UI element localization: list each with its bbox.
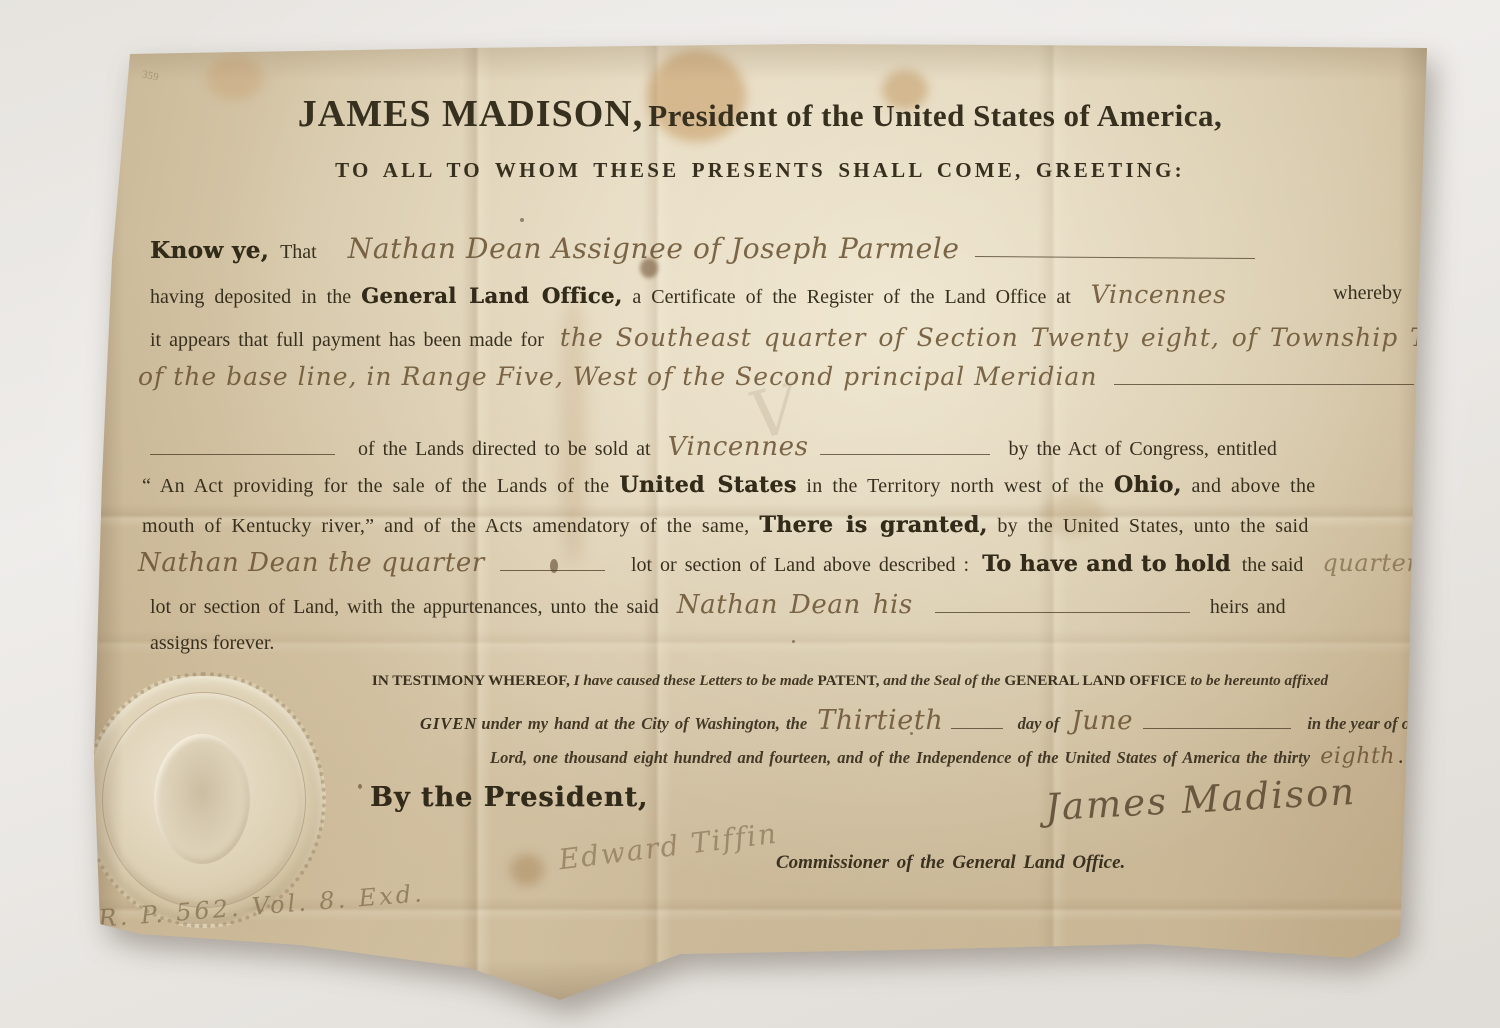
handwritten-grantee-name: Nathan Dean his [677, 590, 913, 620]
year-line: Lord, one thousand eight hundred and fou… [490, 744, 1403, 769]
printed-text: IN TESTIMONY WHEREOF, [372, 672, 570, 689]
parchment-document-wrap: 359 JAMES MADISON, President of the Unit… [90, 42, 1432, 1008]
grant-line-4: of the base line, in Range Five, West of… [138, 362, 1414, 391]
title-president-name: JAMES MADISON, [298, 93, 643, 135]
printed-text: Lord, one thousand eight hundred and fou… [490, 748, 1310, 767]
habendum-line-2: lot or section of Land, with the appurte… [150, 590, 1286, 620]
printed-text: That [280, 241, 317, 263]
stain [510, 854, 544, 886]
ruled-blank-line [1114, 373, 1414, 385]
title-office: President of the United States of Americ… [648, 98, 1222, 133]
handwritten-land-office: Vincennes [1091, 280, 1227, 309]
handwritten-day: Thirtieth [817, 705, 943, 736]
corner-mark: 359 [141, 68, 160, 83]
printed-text: day of [1018, 714, 1060, 733]
parchment-document: 359 JAMES MADISON, President of the Unit… [90, 42, 1432, 1008]
ruled-blank-line [951, 719, 1003, 729]
handwritten-month: June [1071, 706, 1133, 736]
united-states-blackletter: United States [619, 472, 796, 498]
stain [520, 218, 524, 222]
ruled-blank-line [1143, 719, 1291, 729]
ruled-blank-line [500, 559, 605, 571]
general-land-office-text: General Land Office, [361, 283, 622, 308]
printed-text: “ An Act providing for the sale of the L… [142, 475, 609, 497]
handwritten-grantee-name: Nathan Dean the quarter [138, 548, 485, 578]
grant-line-1: Know ye, That Nathan Dean Assignee of Jo… [150, 232, 1255, 265]
printed-text: GIVEN [420, 714, 477, 733]
handwritten-year-word: eighth [1320, 744, 1395, 769]
ruled-blank-line [150, 443, 335, 455]
printed-text: and above the [1191, 475, 1315, 497]
printed-text: of the Lands directed to be sold at [358, 438, 651, 460]
habendum-line-3: assigns forever. [150, 632, 274, 655]
printed-text: mouth of Kentucky river,” and of the Act… [142, 515, 749, 537]
ruled-blank-line [820, 443, 990, 455]
handwritten-tract-description: of the base line, in Range Five, West of… [138, 362, 1097, 391]
ohio-blackletter: Ohio, [1114, 472, 1182, 498]
act-line-2: mouth of Kentucky river,” and of the Act… [142, 512, 1400, 538]
seal-eagle-motif [154, 734, 250, 864]
handwritten-quarter: quarter [1322, 549, 1418, 577]
printed-text: it appears that full payment has been ma… [150, 329, 544, 351]
printed-text: in the year of our [1307, 714, 1425, 733]
given-line: GIVEN under my hand at the City of Washi… [420, 705, 1426, 736]
grant-line-3: it appears that full payment has been ma… [150, 323, 1432, 352]
act-line-1: “ An Act providing for the sale of the L… [142, 472, 1400, 498]
printed-text: whereby [1333, 282, 1402, 305]
printed-text: by the Act of Congress, entitled [1009, 438, 1277, 460]
know-ye-text: Know ye, [150, 237, 269, 264]
printed-text: PATENT, [817, 672, 879, 689]
ruled-blank-line [935, 601, 1190, 613]
by-the-president: By the President, [370, 782, 648, 813]
document-title: JAMES MADISON, President of the United S… [140, 92, 1380, 136]
printed-text: under my hand at the City of Washington,… [481, 714, 807, 733]
printed-text: lot or section of Land, with the appurte… [150, 596, 659, 618]
grant-line-2: having deposited in the General Land Off… [150, 280, 1402, 309]
printed-text: the said [1242, 554, 1304, 576]
printed-text: . [1399, 748, 1403, 767]
printed-text: a Certificate of the Register of the Lan… [632, 286, 1070, 308]
printed-text: assigns forever. [150, 632, 274, 654]
stain [792, 640, 795, 643]
printed-text: having deposited in the [150, 286, 351, 308]
printed-text: in the Territory north west of the [806, 475, 1104, 497]
printed-text: and the Seal of the [883, 672, 1000, 689]
printed-text: heirs and [1210, 596, 1286, 618]
fold-crease [90, 630, 1432, 654]
testimony-clause: IN TESTIMONY WHEREOF, I have caused thes… [330, 672, 1370, 690]
salutation: TO ALL TO WHOM THESE PRESENTS SHALL COME… [140, 158, 1380, 183]
commissioner-signature: Edward Tiffin [557, 817, 780, 877]
there-is-granted-blackletter: There is granted, [759, 512, 987, 538]
stain [358, 784, 362, 789]
habendum-line-1: Nathan Dean the quarter lot or section o… [138, 548, 1419, 578]
handwritten-sold-at: Vincennes [668, 432, 809, 462]
handwritten-tract-description: the Southeast quarter of Section Twenty … [560, 323, 1432, 352]
printed-text: GENERAL LAND OFFICE [1004, 672, 1186, 689]
printed-text: to be hereunto affixed [1190, 672, 1328, 689]
printed-text: by the United States, unto the said [997, 515, 1308, 537]
handwritten-grantee-name: Nathan Dean Assignee of Joseph Parmele [348, 232, 960, 265]
commissioner-title: Commissioner of the General Land Office. [776, 852, 1125, 874]
printed-text: lot or section of Land above described : [631, 554, 969, 576]
to-have-and-to-hold-blackletter: To have and to hold [982, 551, 1231, 577]
printed-text: I have caused these Letters to be made [574, 672, 814, 689]
ruled-blank-line [974, 245, 1254, 259]
president-signature: James Madison [1044, 770, 1357, 829]
grant-line-5: of the Lands directed to be sold at Vinc… [150, 432, 1277, 462]
